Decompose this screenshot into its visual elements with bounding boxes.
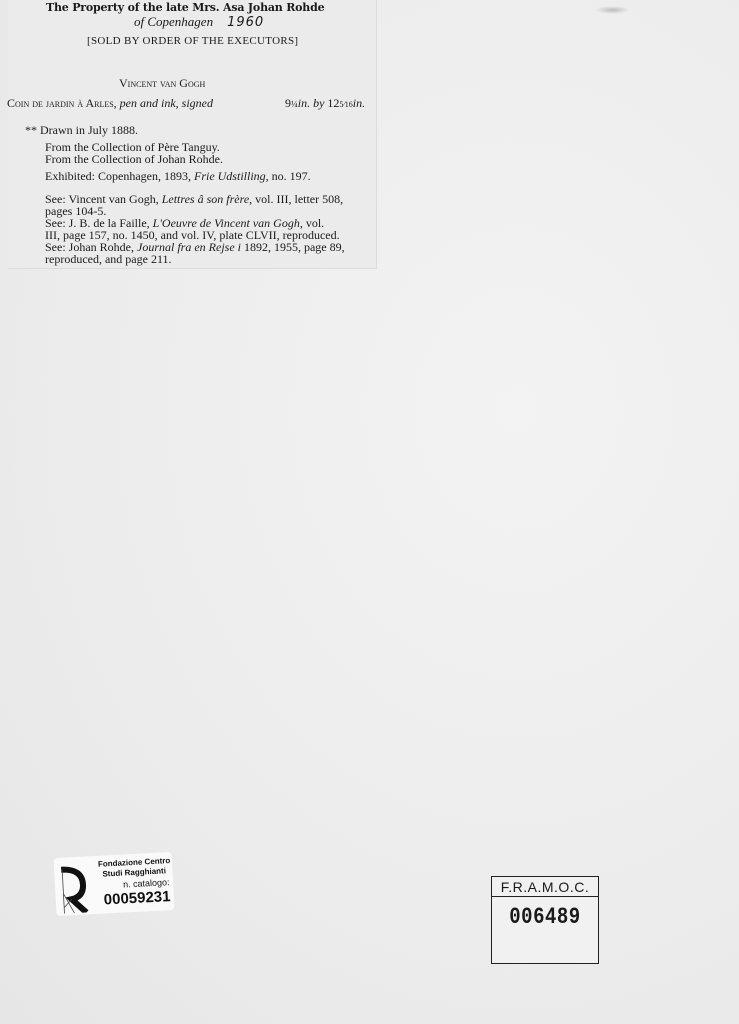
artwork-title: Coin de jardin à Arles, xyxy=(7,96,117,110)
drawn-date: Drawn in July 1888. xyxy=(40,123,138,137)
dim-width-fraction: ¼ xyxy=(291,99,298,109)
exhibited-number: no. 197. xyxy=(272,169,311,183)
location-line: of Copenhagen1960 xyxy=(134,14,264,30)
artwork-dimensions: 9¼in. by 125⁄16in. xyxy=(285,96,365,111)
handwritten-year: 1960 xyxy=(227,15,264,30)
dim-unit-1: in. xyxy=(298,96,310,110)
sold-note: [SOLD BY ORDER OF THE EXECUTORS] xyxy=(87,35,298,47)
lit1-b: , vol. III, letter 508, xyxy=(249,192,343,206)
framoc-stamp: F.R.A.M.O.C. 006489 xyxy=(491,876,599,964)
artwork-medium: pen and ink, signed xyxy=(120,96,213,110)
location-text: of Copenhagen xyxy=(134,14,213,29)
exhibited-line: Exhibited: Copenhagen, 1893, Frie Udstil… xyxy=(45,170,311,182)
paper-smudge xyxy=(595,6,630,14)
provenance-2: From the Collection of Johan Rohde. xyxy=(45,153,223,165)
artwork-title-line: Coin de jardin à Arles, pen and ink, sig… xyxy=(7,96,213,111)
lit3-b: 1892, 1955, page 89, xyxy=(241,240,345,254)
dim-unit-2: in. xyxy=(353,96,365,110)
literature-3-cont: reproduced, and page 211. xyxy=(45,253,172,265)
catalog-number: 00059231 xyxy=(103,888,171,908)
ragghianti-r-logo-icon xyxy=(58,862,91,914)
exhibited-title: Frie Udstilling, xyxy=(194,169,269,183)
property-header: The Property of the late Mrs. Asa Johan … xyxy=(46,1,324,14)
dim-height-fraction: 5⁄16 xyxy=(339,100,352,109)
lit1-title: Lettres â son frère xyxy=(162,192,249,206)
exhibited-text: Copenhagen, 1893, xyxy=(98,169,191,183)
stamp-header: F.R.A.M.O.C. xyxy=(492,877,598,897)
drawn-note: ** Drawn in July 1888. xyxy=(25,124,138,136)
exhibited-label: Exhibited: xyxy=(45,169,95,183)
dim-by: by xyxy=(313,96,324,110)
stamp-number: 006489 xyxy=(492,904,598,930)
artist-name: Vincent van Gogh xyxy=(119,76,205,91)
asterisks: ** xyxy=(25,123,37,137)
ragghianti-archive-label: Fondazione Centro Studi Ragghianti n. ca… xyxy=(54,852,175,916)
auction-catalog-clipping: The Property of the late Mrs. Asa Johan … xyxy=(8,0,377,269)
dim-height: 12 xyxy=(327,96,339,110)
